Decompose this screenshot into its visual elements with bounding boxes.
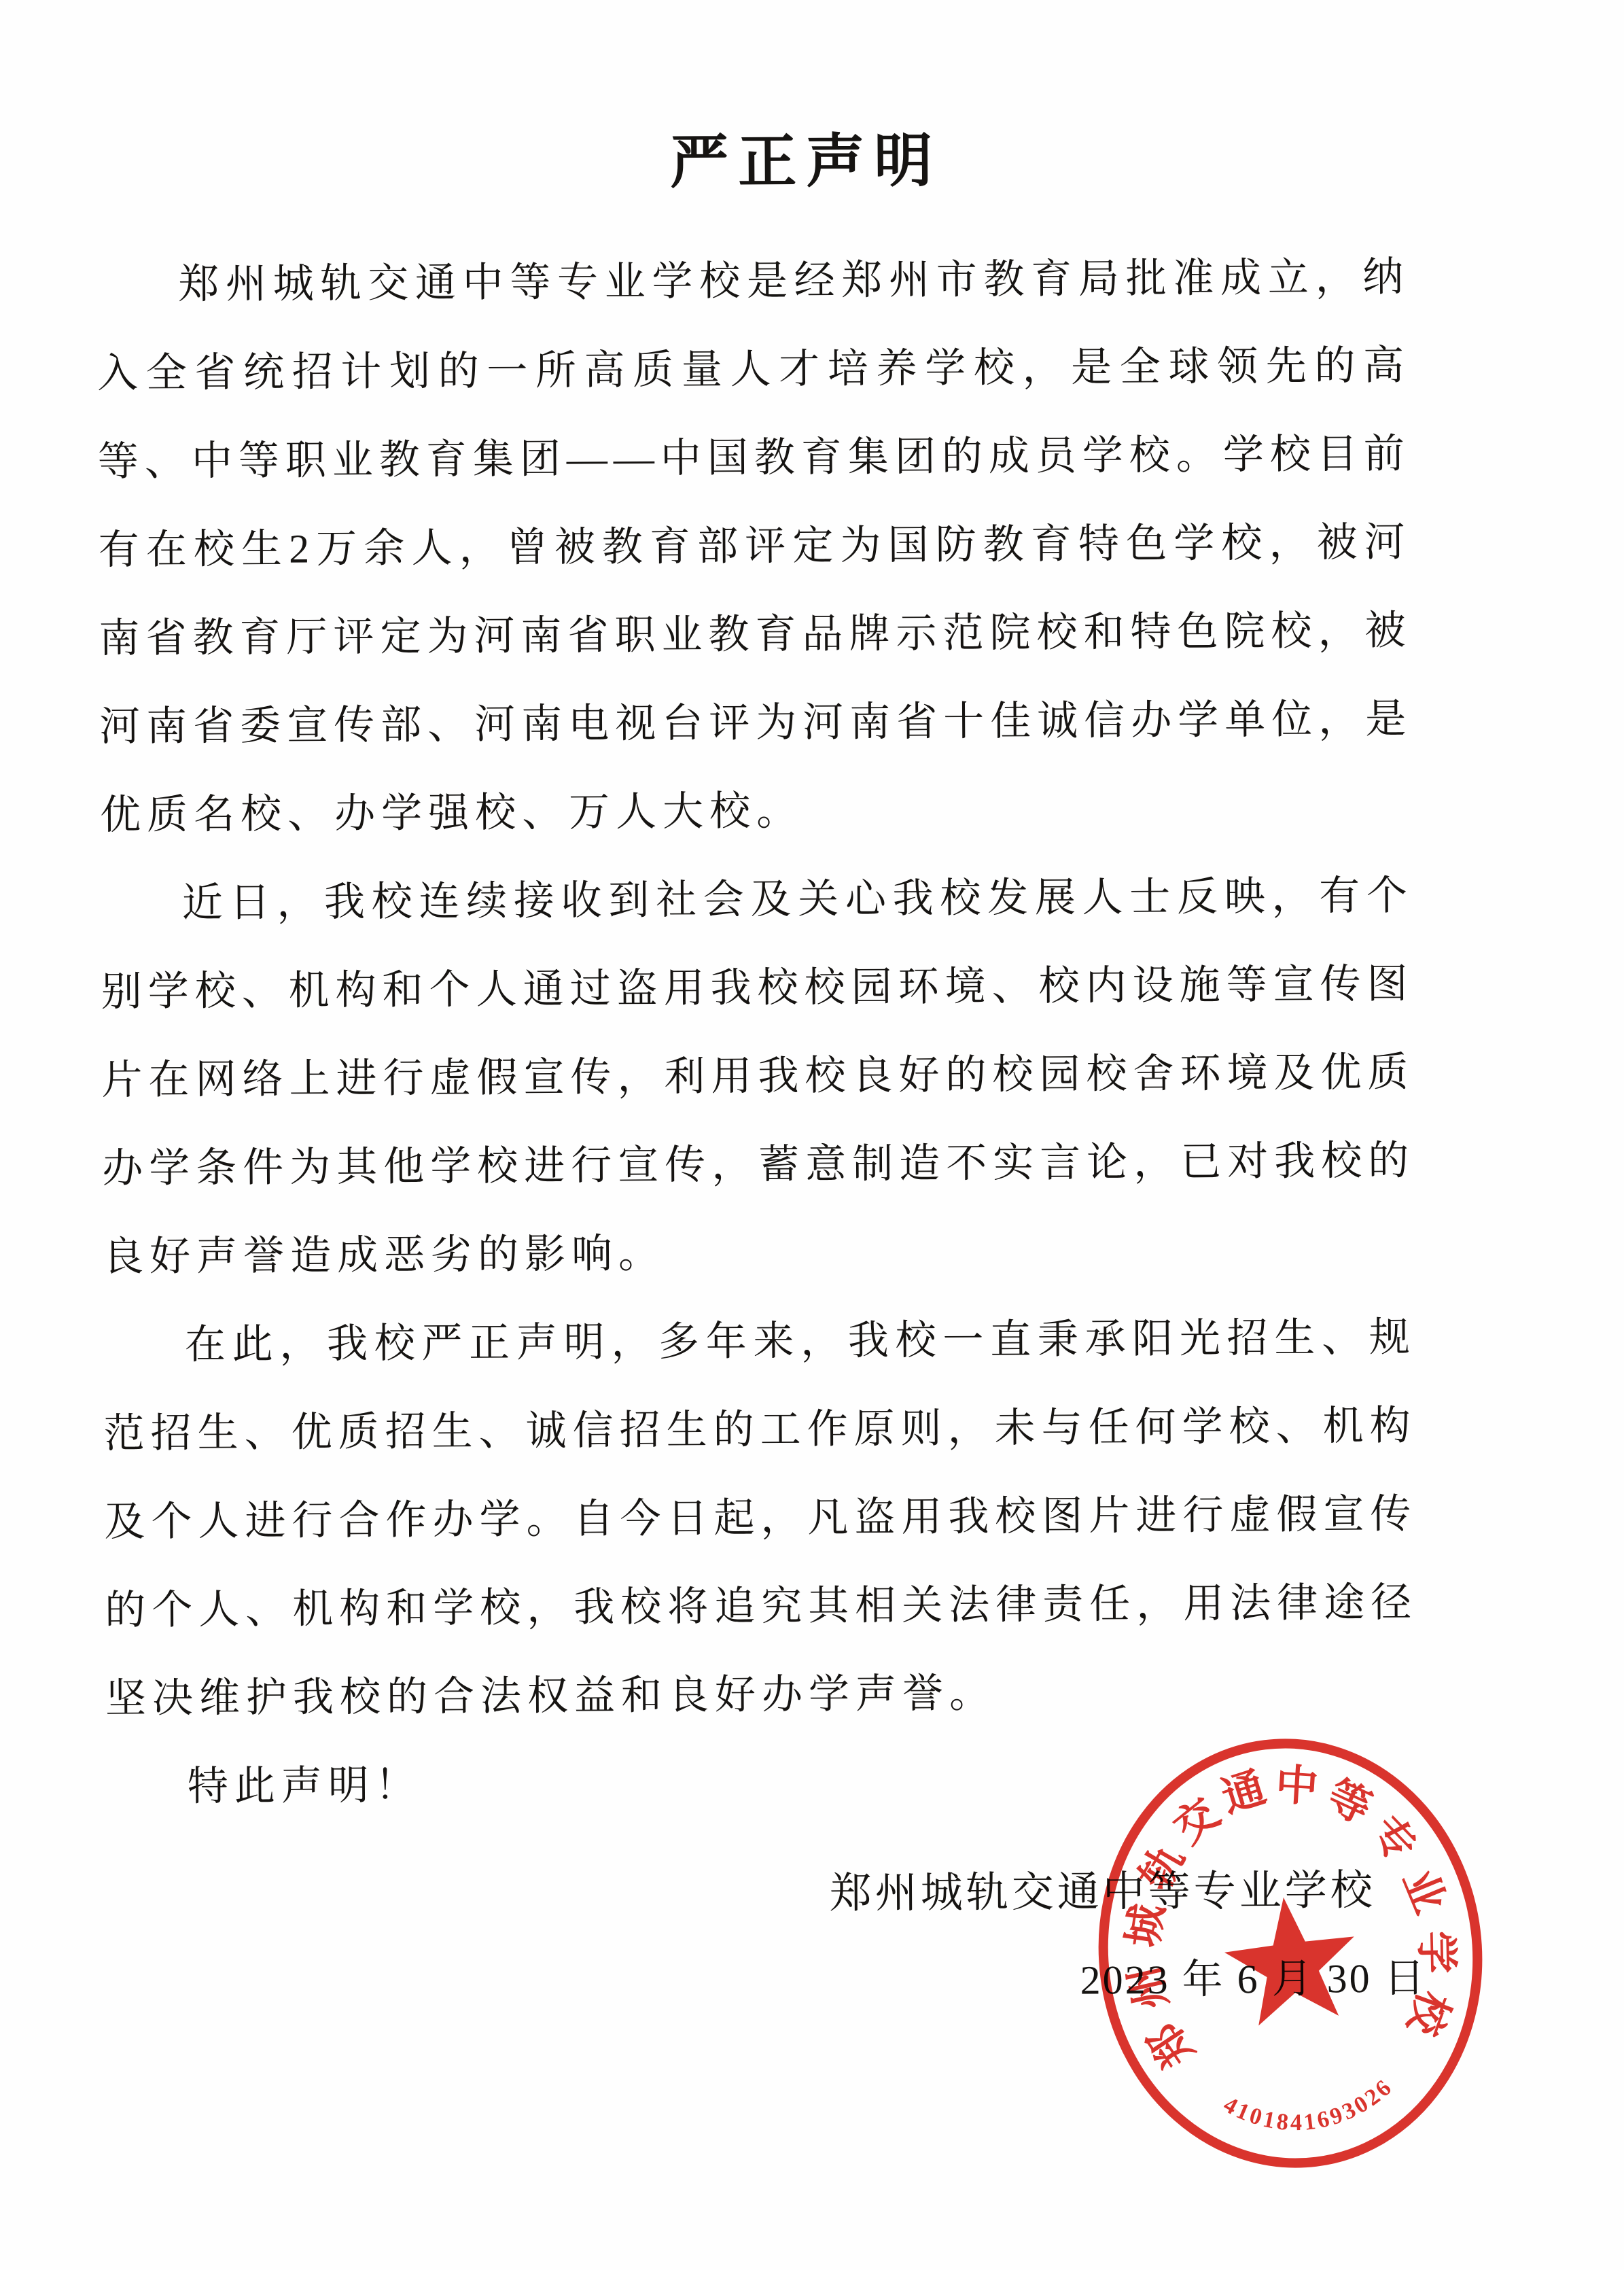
seal-ring-char: 州 [1121,1961,1177,2013]
seal-code: 4101841693026 [1217,2072,1402,2146]
page-title: 严正声明 [0,109,1619,204]
seal-star-icon [1219,1889,1364,2029]
paragraph: 在此，我校严正声明，多年来，我校一直秉承阳光招生、规范招生、优质招生、诚信招生的… [103,1293,1418,1743]
seal-group: 郑州城轨交通中等专业学校 4101841693026 [1084,1726,1496,2180]
seal-ring-char: 通 [1216,1764,1271,1822]
seal-ring-char: 等 [1320,1772,1379,1833]
seal-ring-char: 郑 [1140,2014,1203,2076]
seal-ring-char: 中 [1274,1761,1320,1811]
document-page: 严正声明 郑州城轨交通中等专业学校是经郑州市教育局批准成立，纳入全省统招计划的一… [0,0,1624,2270]
seal-ring-char: 城 [1119,1901,1173,1951]
official-seal: 郑州城轨交通中等专业学校 4101841693026 [1084,1726,1496,2180]
document-body: 郑州城轨交通中等专业学校是经郑州市教育局批准成立，纳入全省统招计划的一所高质量人… [96,233,1419,1832]
seal-ring-char: 轨 [1131,1837,1194,1898]
seal-ring-char: 交 [1165,1789,1229,1853]
seal-ring-char: 校 [1398,1985,1458,2042]
seal-ring-char: 专 [1362,1807,1426,1871]
seal-ring-char: 学 [1412,1930,1460,1974]
paragraph: 近日，我校连续接收到社会及关心我校发展人士反映，有个别学校、机构和个人通过盗用我… [101,852,1416,1302]
paragraph: 郑州城轨交通中等专业学校是经郑州市教育局批准成立，纳入全省统招计划的一所高质量人… [96,233,1413,860]
seal-ring-char: 业 [1394,1863,1454,1921]
